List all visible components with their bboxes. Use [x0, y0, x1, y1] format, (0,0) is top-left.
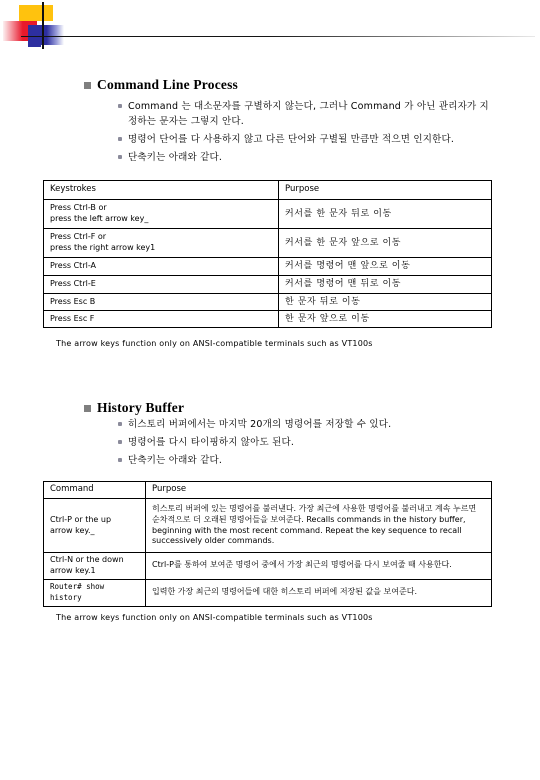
purpose-cell: 한 문자 앞으로 이동 [279, 311, 492, 328]
table-header-row: Keystrokes Purpose [44, 181, 492, 200]
table-row: Press Ctrl-B or press the left arrow key… [44, 200, 492, 229]
dot-bullet-icon [118, 422, 122, 426]
keystroke-cell: Press Ctrl-B or press the left arrow key… [44, 200, 279, 229]
column-header-purpose: Purpose [279, 181, 492, 200]
square-bullet-icon [84, 405, 91, 412]
bullet-text: 명령어를 다시 타이핑하지 않아도 된다. [128, 435, 294, 450]
dot-bullet-icon [118, 458, 122, 462]
square-bullet-icon [84, 82, 91, 89]
keystroke-cell: Press Esc F [44, 311, 279, 328]
history-commands-table: Command Purpose Ctrl-P or the up arrow k… [43, 481, 492, 607]
list-item: Command 는 대소문자를 구별하지 않는다, 그러나 Command 가 … [118, 99, 496, 129]
table-row: Press Esc B 한 문자 뒤로 이동 [44, 294, 492, 311]
bullet-text: 단축키는 아래와 같다. [128, 150, 222, 165]
list-item: 명령어 단어를 다 사용하지 않고 다른 단어와 구별될 만큼만 적으면 인지한… [118, 132, 496, 147]
purpose-cell: 커서를 명령어 맨 뒤로 이동 [279, 276, 492, 294]
command-line-bullet-list: Command 는 대소문자를 구별하지 않는다, 그러나 Command 가 … [118, 99, 496, 168]
logo-yellow-square-icon [19, 5, 53, 21]
command-cell: Ctrl-P or the up arrow key._ [44, 499, 146, 553]
list-item: 단축키는 아래와 같다. [118, 150, 496, 165]
keystroke-cell: Press Esc B [44, 294, 279, 311]
purpose-cell: 커서를 명령어 맨 앞으로 이동 [279, 258, 492, 276]
table-row: Router# show history 입력한 가장 최근의 명령어들에 대한… [44, 579, 492, 606]
bullet-text: Command 는 대소문자를 구별하지 않는다, 그러나 Command 가 … [128, 99, 496, 129]
section-title-text: Command Line Process [97, 77, 238, 93]
table-row: Press Ctrl-E 커서를 명령어 맨 뒤로 이동 [44, 276, 492, 294]
logo-vertical-line [42, 2, 44, 49]
slide-logo [0, 0, 540, 60]
keystroke-cell: Press Ctrl-E [44, 276, 279, 294]
purpose-cell: 커서를 한 문자 뒤로 이동 [279, 200, 492, 229]
column-header-command: Command [44, 482, 146, 499]
purpose-cell: 히스토리 버퍼에 있는 명령어를 불러낸다. 가장 최근에 사용한 명령어를 불… [146, 499, 492, 553]
table-header-row: Command Purpose [44, 482, 492, 499]
header-rule-line [21, 36, 535, 37]
table-row: Ctrl-N or the down arrow key.1 Ctrl-P를 통… [44, 553, 492, 580]
purpose-cell: 입력한 가장 최근의 명령어들에 대한 히스토리 버퍼에 저장된 값을 보여준다… [146, 579, 492, 606]
dot-bullet-icon [118, 104, 122, 108]
table-row: Ctrl-P or the up arrow key._ 히스토리 버퍼에 있는… [44, 499, 492, 553]
list-item: 히스토리 버퍼에서는 마지막 20개의 명령어를 저장할 수 있다. [118, 417, 496, 432]
list-item: 명령어를 다시 타이핑하지 않아도 된다. [118, 435, 496, 450]
table-row: Press Esc F 한 문자 앞으로 이동 [44, 311, 492, 328]
history-buffer-bullet-list: 히스토리 버퍼에서는 마지막 20개의 명령어를 저장할 수 있다. 명령어를 … [118, 417, 496, 471]
dot-bullet-icon [118, 137, 122, 141]
section-title-text: History Buffer [97, 400, 184, 416]
section-title-command-line-process: Command Line Process [84, 77, 238, 93]
bullet-text: 명령어 단어를 다 사용하지 않고 다른 단어와 구별될 만큼만 적으면 인지한… [128, 132, 454, 147]
table-row: Press Ctrl-A 커서를 명령어 맨 앞으로 이동 [44, 258, 492, 276]
logo-blue-tab-icon [28, 40, 41, 47]
command-cell: Ctrl-N or the down arrow key.1 [44, 553, 146, 580]
purpose-cell: 한 문자 뒤로 이동 [279, 294, 492, 311]
command-cell: Router# show history [44, 579, 146, 606]
purpose-cell: Ctrl-P를 통하여 보여준 명령어 중에서 가장 최근의 명령어를 다시 보… [146, 553, 492, 580]
column-header-keystrokes: Keystrokes [44, 181, 279, 200]
column-header-purpose: Purpose [146, 482, 492, 499]
dot-bullet-icon [118, 440, 122, 444]
list-item: 단축키는 아래와 같다. [118, 453, 496, 468]
arrow-keys-footnote: The arrow keys function only on ANSI-com… [56, 613, 373, 622]
section-title-history-buffer: History Buffer [84, 400, 184, 416]
bullet-text: 단축키는 아래와 같다. [128, 453, 222, 468]
keystroke-cell: Press Ctrl-F or press the right arrow ke… [44, 229, 279, 258]
purpose-cell: 커서를 한 문자 앞으로 이동 [279, 229, 492, 258]
bullet-text: 히스토리 버퍼에서는 마지막 20개의 명령어를 저장할 수 있다. [128, 417, 391, 432]
arrow-keys-footnote: The arrow keys function only on ANSI-com… [56, 339, 373, 348]
table-row: Press Ctrl-F or press the right arrow ke… [44, 229, 492, 258]
dot-bullet-icon [118, 155, 122, 159]
keystrokes-table: Keystrokes Purpose Press Ctrl-B or press… [43, 180, 492, 328]
keystroke-cell: Press Ctrl-A [44, 258, 279, 276]
